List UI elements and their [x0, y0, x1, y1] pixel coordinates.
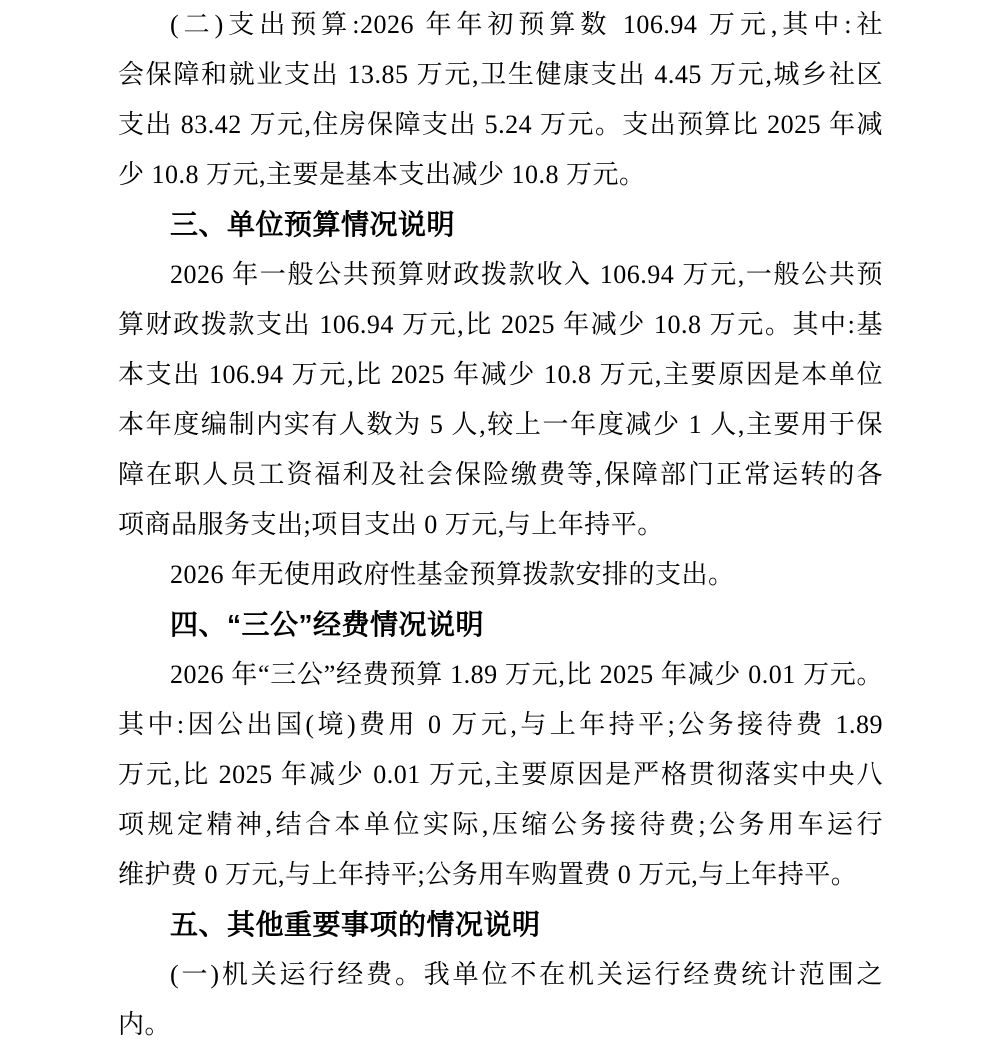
document-line: 本年度编制内实有人数为 5 人,较上一年度减少 1 人,主要用于保: [118, 400, 883, 450]
budget-document-page: { "page": { "background": "#ffffff", "te…: [0, 0, 1000, 1053]
document-line: 障在职人员工资福利及社会保险缴费等,保障部门正常运转的各: [118, 450, 883, 500]
document-line: 2026 年无使用政府性基金预算拨款安排的支出。: [118, 550, 883, 600]
document-line: 2026 年一般公共预算财政拨款收入 106.94 万元,一般公共预: [118, 250, 883, 300]
document-line: 其中:因公出国(境)费用 0 万元,与上年持平;公务接待费 1.89: [118, 700, 883, 750]
para-agency-operating-expense: (一)机关运行经费。我单位不在机关运行经费统计范围之 内。: [118, 950, 883, 1050]
document-line: (一)机关运行经费。我单位不在机关运行经费统计范围之: [118, 950, 883, 1000]
document-line: 2026 年“三公”经费预算 1.89 万元,比 2025 年减少 0.01 万…: [118, 650, 883, 700]
heading-unit-budget-notes: 三、单位预算情况说明: [118, 200, 883, 250]
document-line: 维护费 0 万元,与上年持平;公务用车购置费 0 万元,与上年持平。: [118, 850, 883, 900]
para-three-public-funds-detail: 2026 年“三公”经费预算 1.89 万元,比 2025 年减少 0.01 万…: [118, 650, 883, 900]
document-text-area: (二)支出预算:2026 年年初预算数 106.94 万元,其中:社 会保障和就…: [118, 0, 883, 1050]
heading-three-public-funds: 四、“三公”经费情况说明: [118, 600, 883, 650]
section-heading: 三、单位预算情况说明: [118, 200, 883, 250]
section-heading: 四、“三公”经费情况说明: [118, 600, 883, 650]
document-line: 项商品服务支出;项目支出 0 万元,与上年持平。: [118, 500, 883, 550]
document-line: 本支出 106.94 万元,比 2025 年减少 10.8 万元,主要原因是本单…: [118, 350, 883, 400]
heading-other-important-items: 五、其他重要事项的情况说明: [118, 900, 883, 950]
para-gov-fund-note: 2026 年无使用政府性基金预算拨款安排的支出。: [118, 550, 883, 600]
section-heading: 五、其他重要事项的情况说明: [118, 900, 883, 950]
document-line: 万元,比 2025 年减少 0.01 万元,主要原因是严格贯彻落实中央八: [118, 750, 883, 800]
document-line: 少 10.8 万元,主要是基本支出减少 10.8 万元。: [118, 150, 883, 200]
document-line: 项规定精神,结合本单位实际,压缩公务接待费;公务用车运行: [118, 800, 883, 850]
document-line: 算财政拨款支出 106.94 万元,比 2025 年减少 10.8 万元。其中:…: [118, 300, 883, 350]
document-line: (二)支出预算:2026 年年初预算数 106.94 万元,其中:社: [118, 0, 883, 50]
para-general-budget-detail: 2026 年一般公共预算财政拨款收入 106.94 万元,一般公共预 算财政拨款…: [118, 250, 883, 550]
document-line: 支出 83.42 万元,住房保障支出 5.24 万元。支出预算比 2025 年减: [118, 100, 883, 150]
document-line: 内。: [118, 1000, 883, 1050]
para-expenditure-budget: (二)支出预算:2026 年年初预算数 106.94 万元,其中:社 会保障和就…: [118, 0, 883, 200]
document-line: 会保障和就业支出 13.85 万元,卫生健康支出 4.45 万元,城乡社区: [118, 50, 883, 100]
